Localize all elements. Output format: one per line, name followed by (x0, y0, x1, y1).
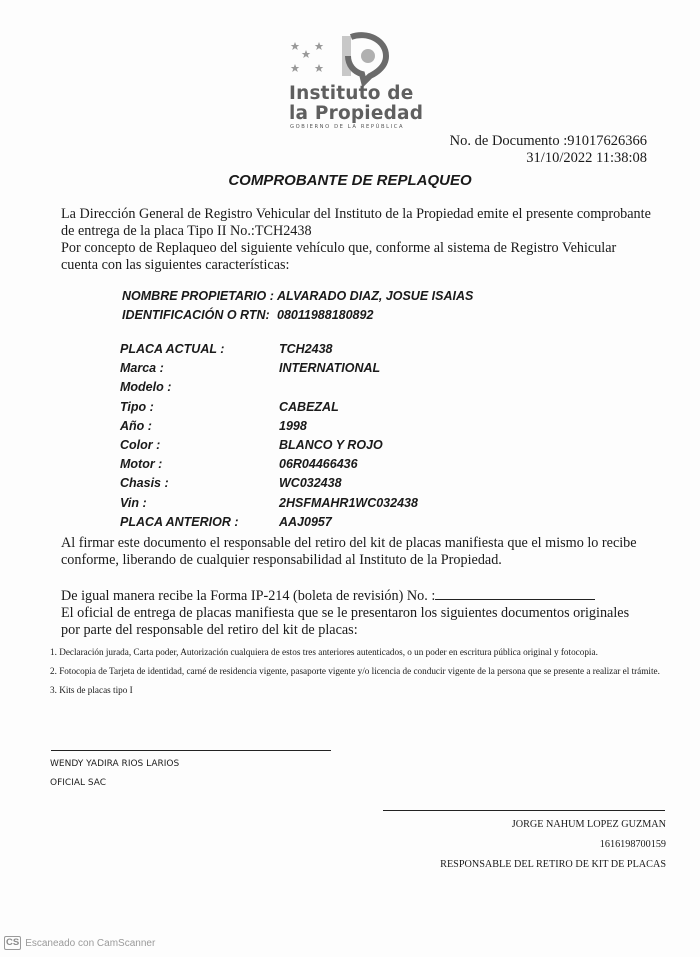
requirement-item: 1. Declaración jurada, Carta poder, Auto… (50, 643, 660, 662)
field-value: AAJ0957 (279, 515, 332, 529)
requirement-item: 2. Fotocopia de Tarjeta de identidad, ca… (50, 662, 660, 681)
field-value: CABEZAL (279, 400, 339, 414)
field-value: ALVARADO DIAZ, JOSUE ISAIAS (277, 289, 473, 303)
document-datetime: 31/10/2022 11:38:08 (450, 150, 647, 167)
field-value: TCH2438 (279, 342, 333, 356)
institution-logo: Instituto de la Propiedad GOBIERNO DE LA… (282, 28, 427, 138)
camscanner-text: Escaneado con CamScanner (25, 938, 155, 949)
field-label: Modelo : (120, 380, 171, 394)
recipient-role: RESPONSABLE DEL RETIRO DE KIT DE PLACAS (440, 855, 666, 875)
field-label: IDENTIFICACIÓN O RTN: (122, 308, 270, 322)
document-number: 91017626366 (567, 133, 647, 149)
field-label: Motor : (120, 457, 162, 471)
logo-mark-icon (282, 28, 427, 88)
field-value: 2HSFMAHR1WC032438 (279, 496, 418, 510)
document-number-line: No. de Documento :91017626366 (450, 133, 647, 150)
requirements-list: 1. Declaración jurada, Carta poder, Auto… (50, 643, 660, 700)
field-label: PLACA ACTUAL : (120, 342, 224, 356)
officer-name: WENDY YADIRA RIOS LARIOS (50, 755, 179, 774)
form-line-label: De igual manera recibe la Forma IP-214 (… (61, 588, 435, 604)
intro-section: La Dirección General de Registro Vehicul… (61, 206, 651, 274)
logo-line-2: la Propiedad (289, 103, 423, 124)
logo-line-1: Instituto de (289, 83, 413, 104)
officer-statement: El oficial de entrega de placas manifies… (61, 605, 651, 639)
document-header: No. de Documento :91017626366 31/10/2022… (450, 133, 647, 167)
form-number-blank (435, 587, 595, 600)
camscanner-icon: CS (4, 936, 21, 950)
field-label: NOMBRE PROPIETARIO : (122, 289, 274, 303)
intro-paragraph-2: Por concepto de Replaqueo del siguiente … (61, 240, 651, 274)
recipient-name: JORGE NAHUM LOPEZ GUZMAN (440, 815, 666, 835)
field-label: Tipo : (120, 400, 154, 414)
officer-signature: WENDY YADIRA RIOS LARIOS OFICIAL SAC (50, 755, 179, 793)
field-value: BLANCO Y ROJO (279, 438, 383, 452)
recipient-id: 1616198700159 (440, 835, 666, 855)
requirement-item: 3. Kits de placas tipo I (50, 681, 660, 700)
field-label: Color : (120, 438, 160, 452)
field-label: PLACA ANTERIOR : (120, 515, 239, 529)
recipient-signature: JORGE NAHUM LOPEZ GUZMAN 1616198700159 R… (440, 815, 666, 875)
field-label: Vin : (120, 496, 147, 510)
field-value: 1998 (279, 419, 307, 433)
officer-role: OFICIAL SAC (50, 774, 179, 793)
form-line: De igual manera recibe la Forma IP-214 (… (61, 587, 651, 605)
field-value: WC032438 (279, 476, 342, 490)
field-value: 08011988180892 (277, 308, 373, 322)
officer-signature-line (51, 750, 331, 751)
camscanner-watermark: CS Escaneado con CamScanner (4, 936, 155, 950)
field-label: Año : (120, 419, 152, 433)
logo-subtitle: GOBIERNO DE LA REPÚBLICA (290, 124, 404, 130)
document-title: COMPROBANTE DE REPLAQUEO (0, 172, 700, 189)
field-label: Chasis : (120, 476, 169, 490)
field-label: Marca : (120, 361, 164, 375)
document-number-label: No. de Documento : (450, 133, 568, 149)
field-value: 06R04466436 (279, 457, 358, 471)
acceptance-paragraph: Al firmar este documento el responsable … (61, 535, 651, 569)
form-section: De igual manera recibe la Forma IP-214 (… (61, 587, 651, 639)
recipient-signature-line (383, 810, 665, 811)
field-value: INTERNATIONAL (279, 361, 380, 375)
stars-icon (291, 42, 324, 72)
intro-paragraph-1: La Dirección General de Registro Vehicul… (61, 206, 651, 240)
